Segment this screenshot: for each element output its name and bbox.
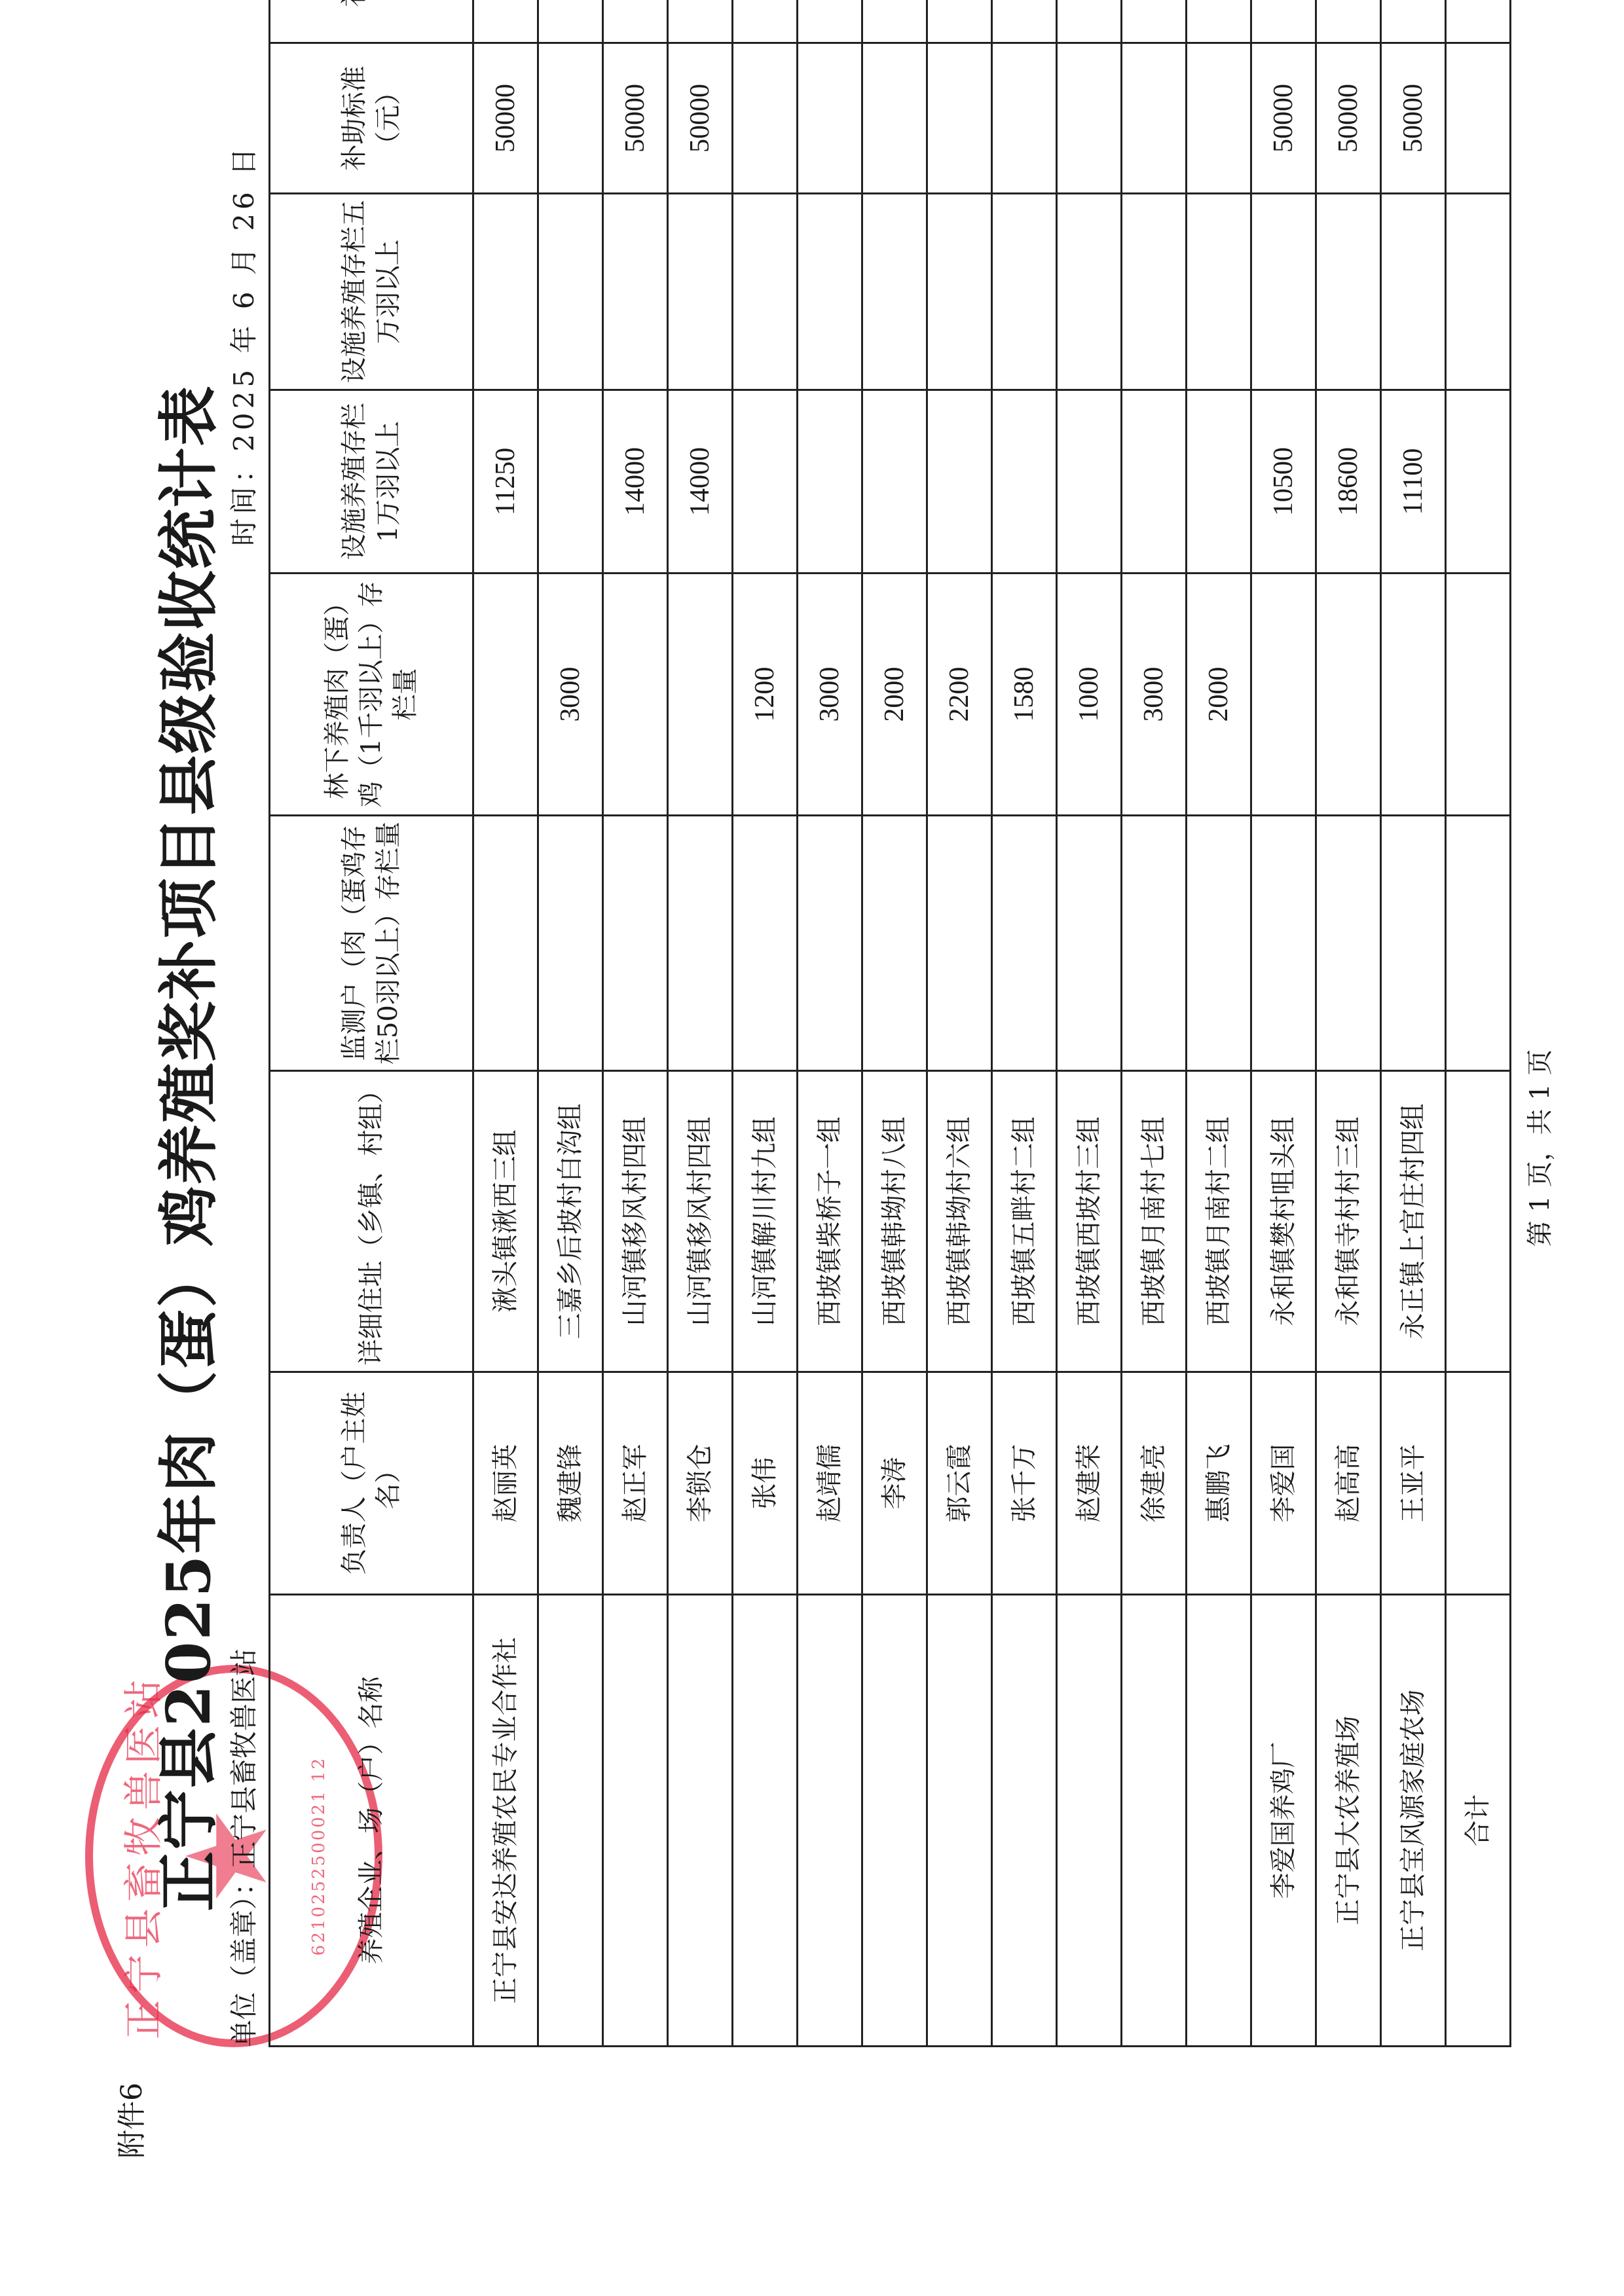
table-cell: 14000 [603, 390, 668, 574]
column-header: 设施养殖存栏五万羽以上 [270, 194, 473, 390]
table-cell: 50000 [1381, 0, 1446, 43]
table-cell: 山河镇解川村九组 [733, 1071, 798, 1372]
table-cell [798, 816, 862, 1071]
table-cell: 50000 [1251, 0, 1316, 43]
table-cell [1316, 194, 1381, 390]
table-cell [733, 1595, 798, 2047]
table-cell: 徐建亮 [1122, 1372, 1187, 1595]
table-cell [1446, 194, 1511, 390]
table-row: 李爱国养鸡厂李爱国永和镇樊村咀头组105005000050000 [1251, 0, 1316, 2047]
table-cell: 张伟 [733, 1372, 798, 1595]
table-cell: 魏建锋 [538, 1372, 603, 1595]
table-cell: 王亚平 [1381, 1372, 1446, 1595]
column-header: 林下养殖肉（蛋）鸡（1千羽以上）存栏量 [270, 574, 473, 816]
table-cell [1446, 43, 1511, 194]
table-cell [668, 194, 733, 390]
table-cell: 永正镇上官庄村四组 [1381, 1071, 1446, 1372]
table-cell: 50000 [668, 43, 733, 194]
total-row: 合计435000 [1446, 0, 1511, 2047]
table-row: 正宁县大农养殖场赵高高永和镇寺村村三组186005000050000 [1316, 0, 1381, 2047]
column-header: 详细住址（乡镇、村组） [270, 1071, 473, 1372]
table-cell [992, 43, 1057, 194]
table-cell [798, 194, 862, 390]
table-cell [862, 194, 927, 390]
table-cell: 正宁县安达养殖农民专业合作社 [473, 1595, 538, 2047]
table-cell [1446, 574, 1511, 816]
table-cell: 50000 [603, 0, 668, 43]
table-cell [1122, 816, 1187, 1071]
table-cell [992, 390, 1057, 574]
table-cell: 西坡镇西坡村三组 [1057, 1071, 1122, 1372]
table-cell [1057, 816, 1122, 1071]
total-amount: 435000 [1446, 0, 1511, 43]
table-cell: 10000 [733, 0, 798, 43]
table-row: 正宁县宝风源家庭农场王亚平永正镇上官庄村四组111005000050000 [1381, 0, 1446, 2047]
table-cell [927, 390, 992, 574]
table-cell [992, 816, 1057, 1071]
table-cell [1251, 574, 1316, 816]
table-cell [1446, 390, 1511, 574]
document-page: 附件6 正宁县畜牧兽医站 ★ 6210252500021 12 正宁县2025年… [0, 0, 1624, 2296]
table-cell [992, 1595, 1057, 2047]
table-cell: 50000 [473, 0, 538, 43]
table-header-row: 养殖企业、场（户）名称负责人（户主姓名）详细住址（乡镇、村组）监测户（肉（蛋鸡存… [270, 0, 473, 2047]
table-cell: 3000 [538, 574, 603, 816]
table-cell: 西坡镇韩坳村八组 [862, 1071, 927, 1372]
table-row: 赵正军山河镇移风村四组140005000050000 [603, 0, 668, 2047]
table-cell [538, 816, 603, 1071]
table-row: 李涛西坡镇韩坳村八组200015000 [862, 0, 927, 2047]
table-cell: 赵正军 [603, 1372, 668, 1595]
table-cell: 20000 [798, 0, 862, 43]
table-cell [1057, 43, 1122, 194]
table-cell: 永和镇樊村咀头组 [1251, 1071, 1316, 1372]
table-cell: 惠鹏飞 [1187, 1372, 1251, 1595]
table-cell [538, 43, 603, 194]
table-cell [733, 43, 798, 194]
table-row: 赵建荣西坡镇西坡村三组100010000 [1057, 0, 1122, 2047]
table-cell: 50000 [1251, 43, 1316, 194]
table-cell: 18600 [1316, 390, 1381, 574]
table-cell [1316, 816, 1381, 1071]
table-cell: 西坡镇韩坳村六组 [927, 1071, 992, 1372]
table-cell: 郭云霞 [927, 1372, 992, 1595]
table-cell [1251, 816, 1316, 1071]
table-cell [1187, 43, 1251, 194]
table-cell [538, 390, 603, 574]
table-cell: 山河镇移风村四组 [603, 1071, 668, 1372]
table-cell [538, 194, 603, 390]
table-cell [1381, 194, 1446, 390]
table-cell: 2000 [1187, 574, 1251, 816]
statistics-table: 养殖企业、场（户）名称负责人（户主姓名）详细住址（乡镇、村组）监测户（肉（蛋鸡存… [268, 0, 1511, 2047]
table-cell [1446, 1372, 1511, 1595]
table-cell [1187, 194, 1251, 390]
table-row: 魏建锋三嘉乡后坡村白沟组300020000 [538, 0, 603, 2047]
table-cell: 3000 [1122, 574, 1187, 816]
table-cell [1122, 194, 1187, 390]
table-cell [1122, 390, 1187, 574]
table-cell [1057, 390, 1122, 574]
table-row: 郭云霞西坡镇韩坳村六组220015000 [927, 0, 992, 2047]
table-cell: 西坡镇月南村二组 [1187, 1071, 1251, 1372]
table-cell [927, 194, 992, 390]
table-cell [668, 1595, 733, 2047]
table-cell: 1580 [992, 574, 1057, 816]
table-cell: 三嘉乡后坡村白沟组 [538, 1071, 603, 1372]
table-cell [473, 574, 538, 816]
table-cell [1251, 194, 1316, 390]
table-cell [1187, 390, 1251, 574]
table-cell: 14000 [668, 390, 733, 574]
table-row: 张千万西坡镇五畔村二组158010000 [992, 0, 1057, 2047]
table-cell [603, 574, 668, 816]
table-cell: 赵丽英 [473, 1372, 538, 1595]
table-cell [1381, 574, 1446, 816]
table-cell [1446, 1071, 1511, 1372]
table-cell [798, 390, 862, 574]
table-row: 赵靖儒西坡镇柴桥子一组300020000 [798, 0, 862, 2047]
date-label: 时间：2025 年 6 月 26 日 [223, 144, 262, 546]
column-header: 监测户（肉（蛋鸡存栏50羽以上）存栏量 [270, 816, 473, 1071]
table-cell [798, 1595, 862, 2047]
table-row: 徐建亮西坡镇月南村七组300020000 [1122, 0, 1187, 2047]
table-cell [927, 1595, 992, 2047]
table-cell: 20000 [538, 0, 603, 43]
column-header: 补助标准（元） [270, 43, 473, 194]
table-cell: 20000 [1122, 0, 1187, 43]
table-cell [733, 390, 798, 574]
table-cell [1057, 1595, 1122, 2047]
table-row: 正宁县安达养殖农民专业合作社赵丽英湫头镇湫西三组112505000050000 [473, 0, 538, 2047]
table-cell: 15000 [862, 0, 927, 43]
table-cell [733, 194, 798, 390]
table-cell: 正宁县宝风源家庭农场 [1381, 1595, 1446, 2047]
table-cell: 50000 [1316, 0, 1381, 43]
table-cell: 永和镇寺村村三组 [1316, 1071, 1381, 1372]
table-cell [1381, 816, 1446, 1071]
page-footer: 第 1 页，共 1 页 [1519, 0, 1557, 2296]
table-cell [603, 1595, 668, 2047]
table-cell: 西坡镇柴桥子一组 [798, 1071, 862, 1372]
table-cell [798, 43, 862, 194]
table-cell [862, 390, 927, 574]
table-row: 惠鹏飞西坡镇月南村二组200015000 [1187, 0, 1251, 2047]
table-cell: 10000 [992, 0, 1057, 43]
table-row: 张伟山河镇解川村九组120010000 [733, 0, 798, 2047]
table-cell: 15000 [1187, 0, 1251, 43]
table-cell: 11250 [473, 390, 538, 574]
table-cell [473, 816, 538, 1071]
table-cell [992, 194, 1057, 390]
table-cell: 10000 [1057, 0, 1122, 43]
table-cell: 李锁仓 [668, 1372, 733, 1595]
column-header: 补助金额（元） [270, 0, 473, 43]
table-cell [1316, 574, 1381, 816]
table-cell [1057, 194, 1122, 390]
table-cell: 李爱国养鸡厂 [1251, 1595, 1316, 2047]
table-cell: 李爱国 [1251, 1372, 1316, 1595]
table-cell [603, 194, 668, 390]
table-cell [862, 43, 927, 194]
table-cell [927, 43, 992, 194]
table-cell [862, 816, 927, 1071]
table-cell: 赵建荣 [1057, 1372, 1122, 1595]
table-cell [1446, 816, 1511, 1071]
table-cell: 50000 [1381, 43, 1446, 194]
table-cell [603, 816, 668, 1071]
table-cell: 2000 [862, 574, 927, 816]
column-header: 设施养殖存栏1万羽以上 [270, 390, 473, 574]
table-cell: 1000 [1057, 574, 1122, 816]
table-cell: 50000 [603, 43, 668, 194]
table-cell: 湫头镇湫西三组 [473, 1071, 538, 1372]
table-cell: 2200 [927, 574, 992, 816]
table-cell: 赵高高 [1316, 1372, 1381, 1595]
table-cell: 李涛 [862, 1372, 927, 1595]
table-cell: 15000 [927, 0, 992, 43]
unit-label: 单位（盖章）：正宁县畜牧兽医站 [223, 1649, 262, 2047]
table-cell [862, 1595, 927, 2047]
table-cell: 50000 [473, 43, 538, 194]
table-cell: 赵靖儒 [798, 1372, 862, 1595]
table-cell: 1200 [733, 574, 798, 816]
table-cell: 张千万 [992, 1372, 1057, 1595]
table-cell: 正宁县大农养殖场 [1316, 1595, 1381, 2047]
table-cell [733, 816, 798, 1071]
total-label: 合计 [1446, 1595, 1511, 2047]
table-row: 李锁仓山河镇移风村四组140005000050000 [668, 0, 733, 2047]
table-cell: 西坡镇五畔村二组 [992, 1071, 1057, 1372]
table-cell: 10500 [1251, 390, 1316, 574]
table-cell: 3000 [798, 574, 862, 816]
table-cell [668, 816, 733, 1071]
column-header: 负责人（户主姓名） [270, 1372, 473, 1595]
table-cell [538, 1595, 603, 2047]
table-cell [1187, 1595, 1251, 2047]
table-cell [668, 574, 733, 816]
table-cell: 50000 [1316, 43, 1381, 194]
table-cell [1122, 1595, 1187, 2047]
table-cell: 50000 [668, 0, 733, 43]
column-header: 养殖企业、场（户）名称 [270, 1595, 473, 2047]
table-cell: 西坡镇月南村七组 [1122, 1071, 1187, 1372]
table-cell [1122, 43, 1187, 194]
table-cell [1187, 816, 1251, 1071]
table-cell: 山河镇移风村四组 [668, 1071, 733, 1372]
table-cell [473, 194, 538, 390]
table-cell [927, 816, 992, 1071]
document-title: 正宁县2025年肉（蛋）鸡养殖奖补项目县级验收统计表 [141, 0, 227, 2296]
table-cell: 11100 [1381, 390, 1446, 574]
